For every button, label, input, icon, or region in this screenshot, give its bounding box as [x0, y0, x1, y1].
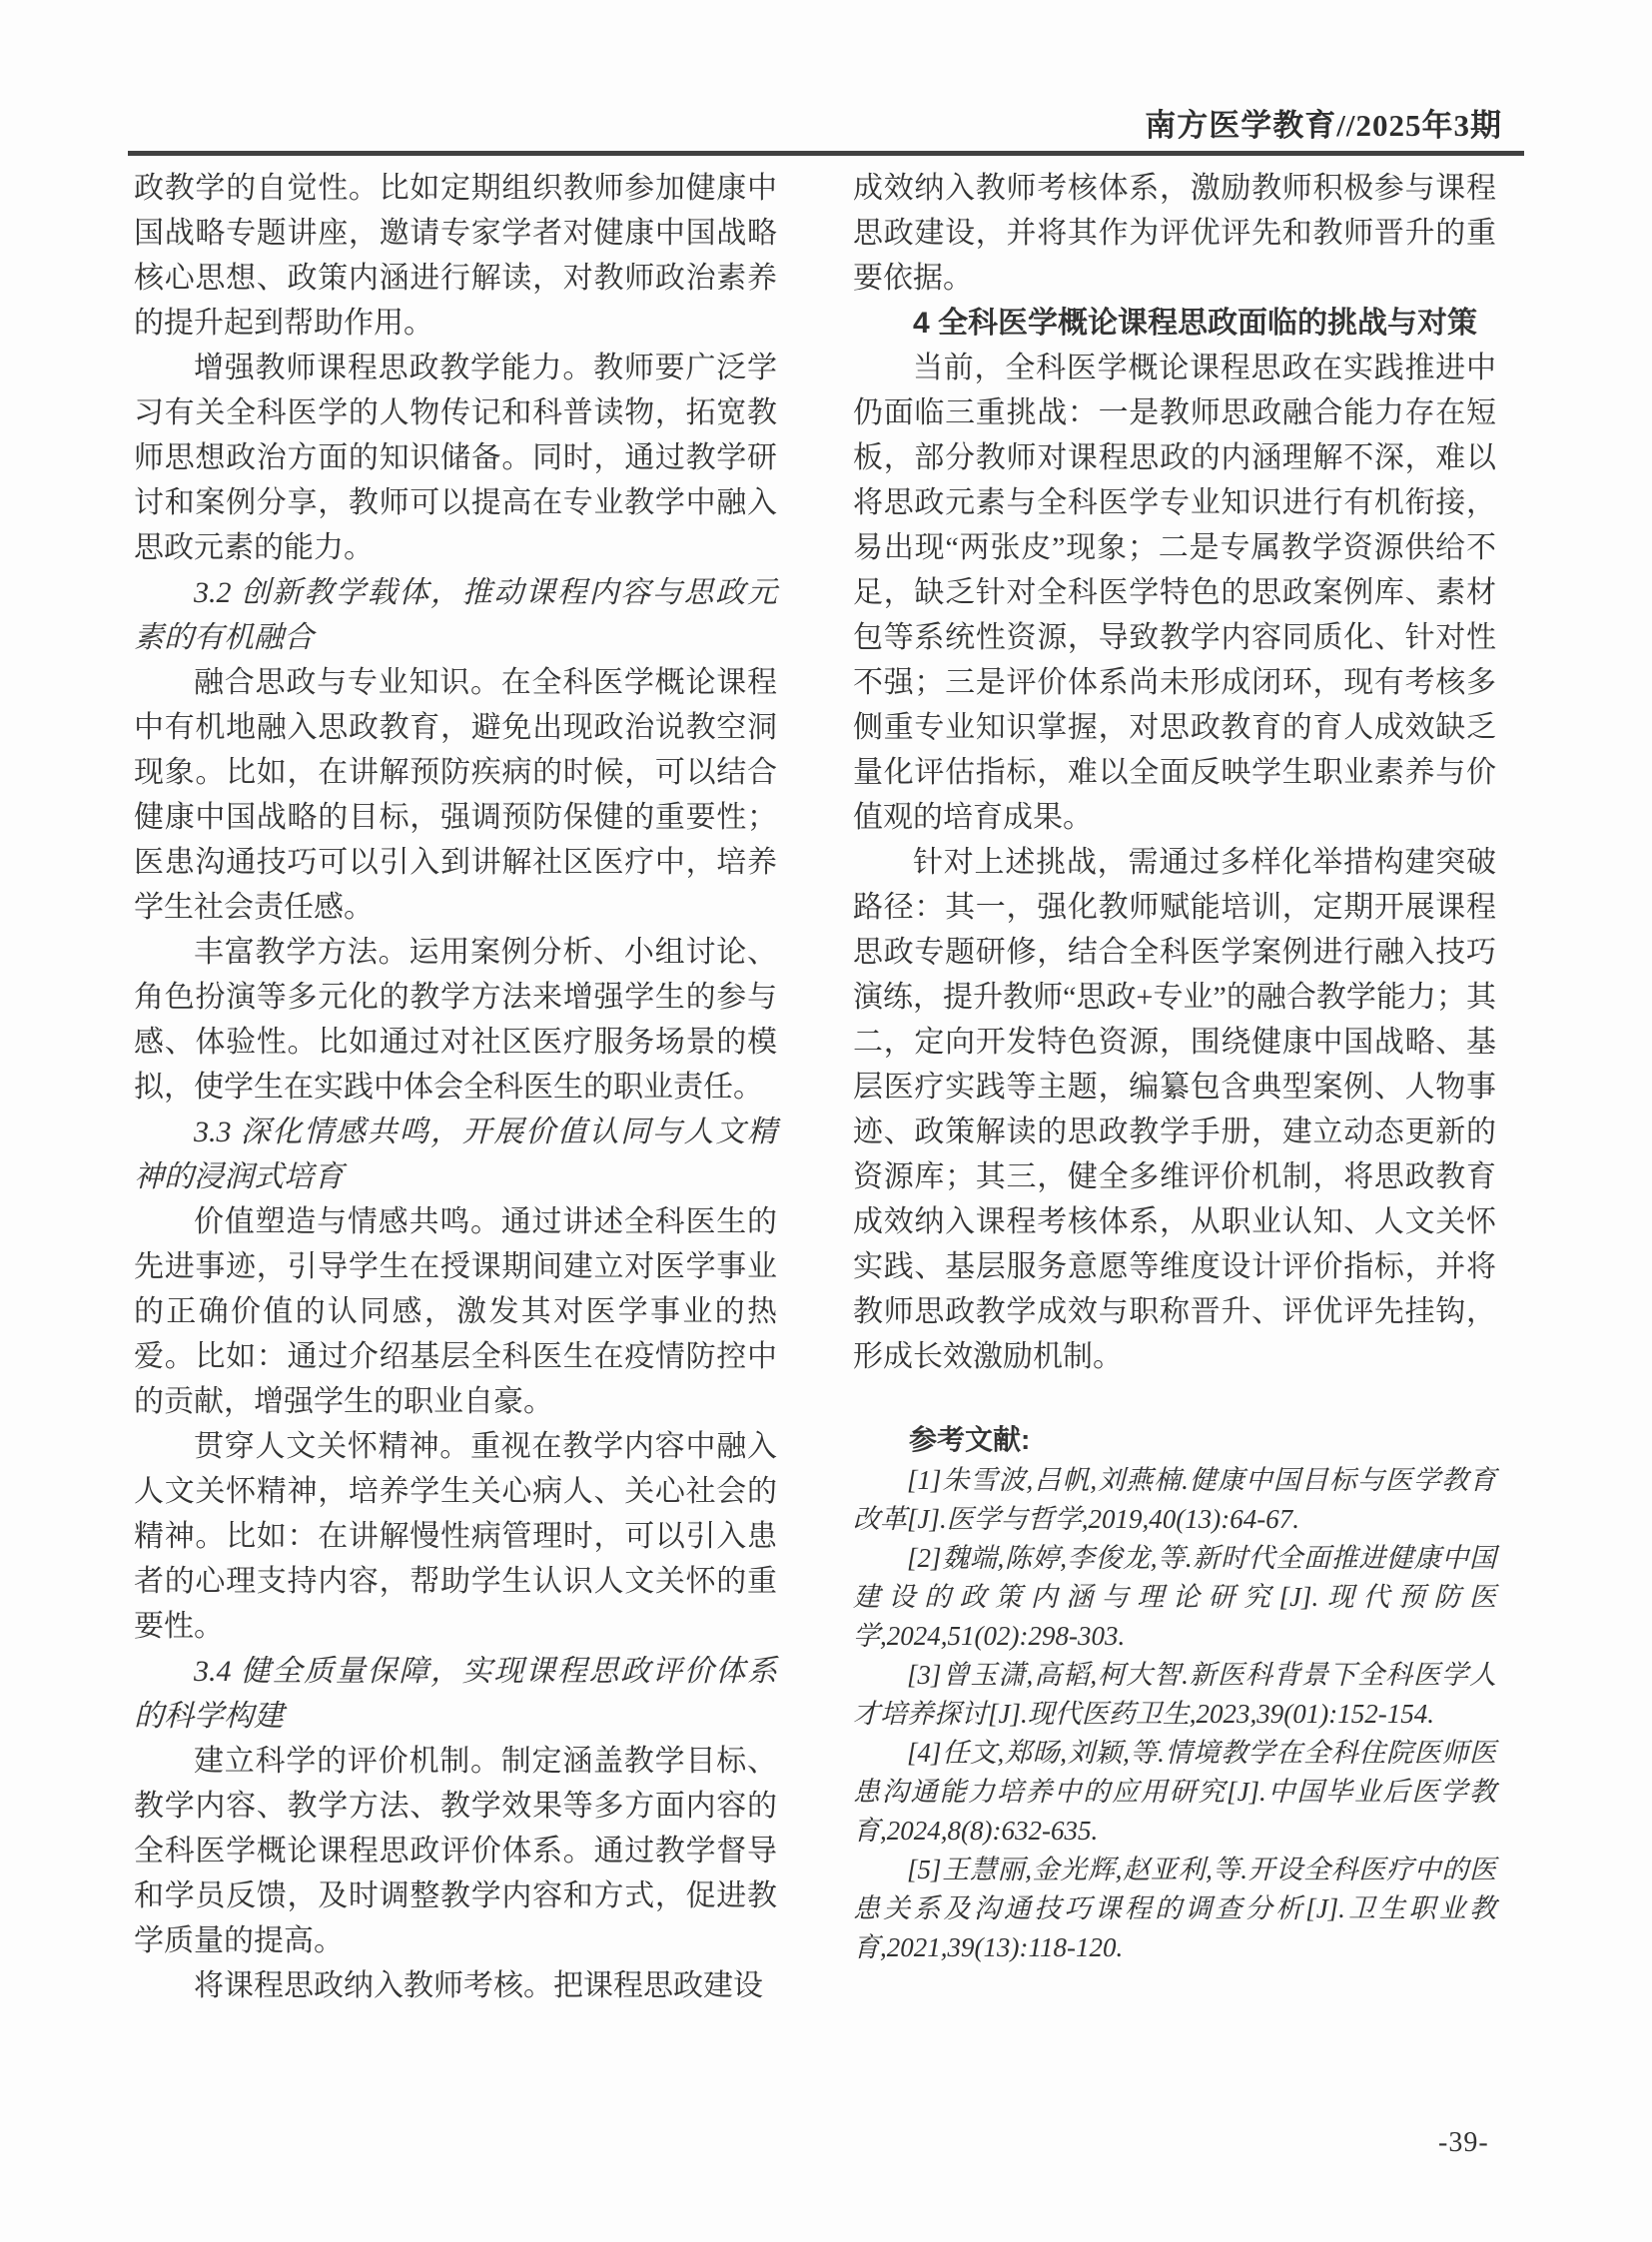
references-section: 参考文献: [1]朱雪波,吕帆,刘燕楠.健康中国目标与医学教育改革[J].医学与…	[853, 1419, 1496, 1967]
paragraph: 针对上述挑战，需通过多样化举措构建突破路径：其一，强化教师赋能培训，定期开展课程…	[853, 840, 1496, 1379]
references-heading: 参考文献:	[853, 1419, 1496, 1461]
reference-item: [3]曾玉潇,高韬,柯大智.新医科背景下全科医学人才培养探讨[J].现代医药卫生…	[853, 1656, 1496, 1734]
paragraph: 价值塑造与情感共鸣。通过讲述全科医生的先进事迹，引导学生在授课期间建立对医学事业…	[134, 1199, 777, 1424]
paragraph: 贯穿人文关怀精神。重视在教学内容中融入人文关怀精神，培养学生关心病人、关心社会的…	[134, 1424, 777, 1649]
paragraph: 增强教师课程思政教学能力。教师要广泛学习有关全科医学的人物传记和科普读物，拓宽教…	[134, 346, 777, 570]
paragraph: 当前，全科医学概论课程思政在实践推进中仍面临三重挑战：一是教师思政融合能力存在短…	[853, 346, 1496, 840]
section-heading-3-3: 3.3 深化情感共鸣，开展价值认同与人文精神的浸润式培育	[134, 1110, 777, 1199]
reference-item: [4]任文,郑旸,刘颖,等.情境教学在全科住院医师医患沟通能力培养中的应用研究[…	[853, 1734, 1496, 1851]
paragraph: 建立科学的评价机制。制定涵盖教学目标、教学内容、教学方法、教学效果等多方面内容的…	[134, 1739, 777, 1963]
paragraph: 融合思政与专业知识。在全科医学概论课程中有机地融入思政教育，避免出现政治说教空洞…	[134, 660, 777, 930]
page-number: -39-	[1438, 2127, 1489, 2159]
right-column: 成效纳入教师考核体系，激励教师积极参与课程思政建设，并将其作为评优评先和教师晋升…	[853, 166, 1496, 1967]
paragraph: 丰富教学方法。运用案例分析、小组讨论、角色扮演等多元化的教学方法来增强学生的参与…	[134, 930, 777, 1110]
paragraph: 将课程思政纳入教师考核。把课程思政建设	[134, 1963, 777, 2008]
header-rule	[128, 151, 1524, 156]
reference-item: [5]王慧丽,金光辉,赵亚利,等.开设全科医疗中的医患关系及沟通技巧课程的调查分…	[853, 1851, 1496, 1967]
section-heading-4: 4 全科医学概论课程思政面临的挑战与对策	[853, 301, 1496, 346]
paragraph-continued: 政教学的自觉性。比如定期组织教师参加健康中国战略专题讲座，邀请专家学者对健康中国…	[134, 166, 777, 346]
section-heading-3-4: 3.4 健全质量保障，实现课程思政评价体系的科学构建	[134, 1649, 777, 1739]
left-column: 政教学的自觉性。比如定期组织教师参加健康中国战略专题讲座，邀请专家学者对健康中国…	[134, 166, 777, 2008]
reference-item: [2]魏端,陈婷,李俊龙,等.新时代全面推进健康中国建设的政策内涵与理论研究[J…	[853, 1539, 1496, 1656]
section-heading-3-2: 3.2 创新教学载体，推动课程内容与思政元素的有机融合	[134, 570, 777, 660]
paragraph-continued: 成效纳入教师考核体系，激励教师积极参与课程思政建设，并将其作为评优评先和教师晋升…	[853, 166, 1496, 301]
journal-issue-header: 南方医学教育//2025年3期	[1145, 100, 1502, 145]
reference-item: [1]朱雪波,吕帆,刘燕楠.健康中国目标与医学教育改革[J].医学与哲学,201…	[853, 1461, 1496, 1539]
journal-page: 南方医学教育//2025年3期 政教学的自觉性。比如定期组织教师参加健康中国战略…	[0, 0, 1652, 2242]
